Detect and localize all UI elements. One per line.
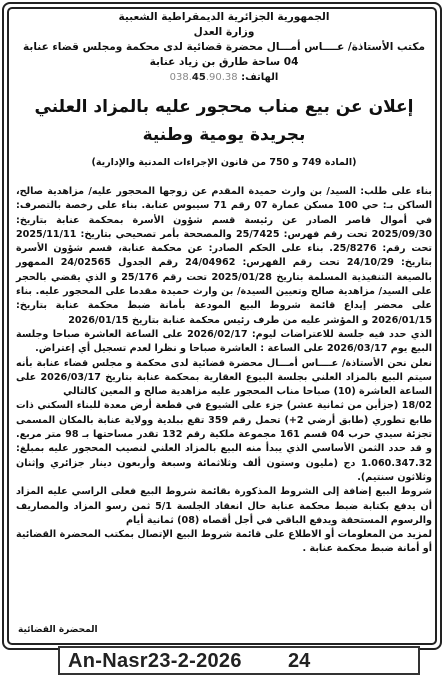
header-address: 04 ساحة طارق بن زياد عنابة (14, 55, 434, 70)
notice-title-line2: بجريدة يومية وطنية (14, 121, 434, 149)
paragraph-conditions: شروط البيع إضافة إلى الشروط المذكورة بقا… (16, 485, 432, 528)
phone-part: .90.38 (206, 72, 238, 83)
page-number: 24 (288, 650, 310, 673)
header-phone: الهاتف: 038.45.90.38 (14, 70, 434, 85)
signature: المحضرة القضائية (18, 625, 98, 635)
notice-body: بناء على طلب: السيد/ بن وارث حميدة المقد… (14, 185, 434, 557)
phone-part: 038. (170, 72, 192, 83)
header-office: مكتب الأستاذة/ عــــاس أمـــال محضرة قضا… (14, 40, 434, 55)
paragraph-property: 18/02 (جزأين من ثمانية عشر) جزء على الشي… (16, 399, 432, 485)
phone-label: الهاتف: (241, 72, 278, 83)
phone-number: 038.45.90.38 (170, 72, 238, 83)
notice-title: إعلان عن بيع مناب محجور عليه بالمزاد الع… (14, 93, 434, 121)
announcement: الجمهورية الجزائرية الديمقراطية الشعبية … (14, 10, 434, 557)
header-ministry: وزارة العدل (14, 25, 434, 40)
newspaper-date: An-Nasr23-2-2026 (68, 650, 242, 673)
header-republic: الجمهورية الجزائرية الديمقراطية الشعبية (14, 10, 434, 25)
phone-part: 45 (192, 72, 206, 83)
paragraph-contact: لمزيد من المعلومات أو الاطلاع على قائمة … (16, 528, 432, 557)
paragraph-request: بناء على طلب: السيد/ بن وارث حميدة المقد… (16, 185, 432, 328)
footer-box: An-Nasr23-2-2026 24 (58, 646, 420, 675)
legal-reference: (المادة 749 و 750 من قانون الإجراءات الم… (14, 155, 434, 171)
paragraph-announcement: نعلن نحن الأستاذة/ عــــاس أمـــال محضرة… (16, 357, 432, 400)
paragraph-sessions: الذي حدد فيه جلسة للاعتراضات ليوم: 2026/… (16, 328, 432, 357)
